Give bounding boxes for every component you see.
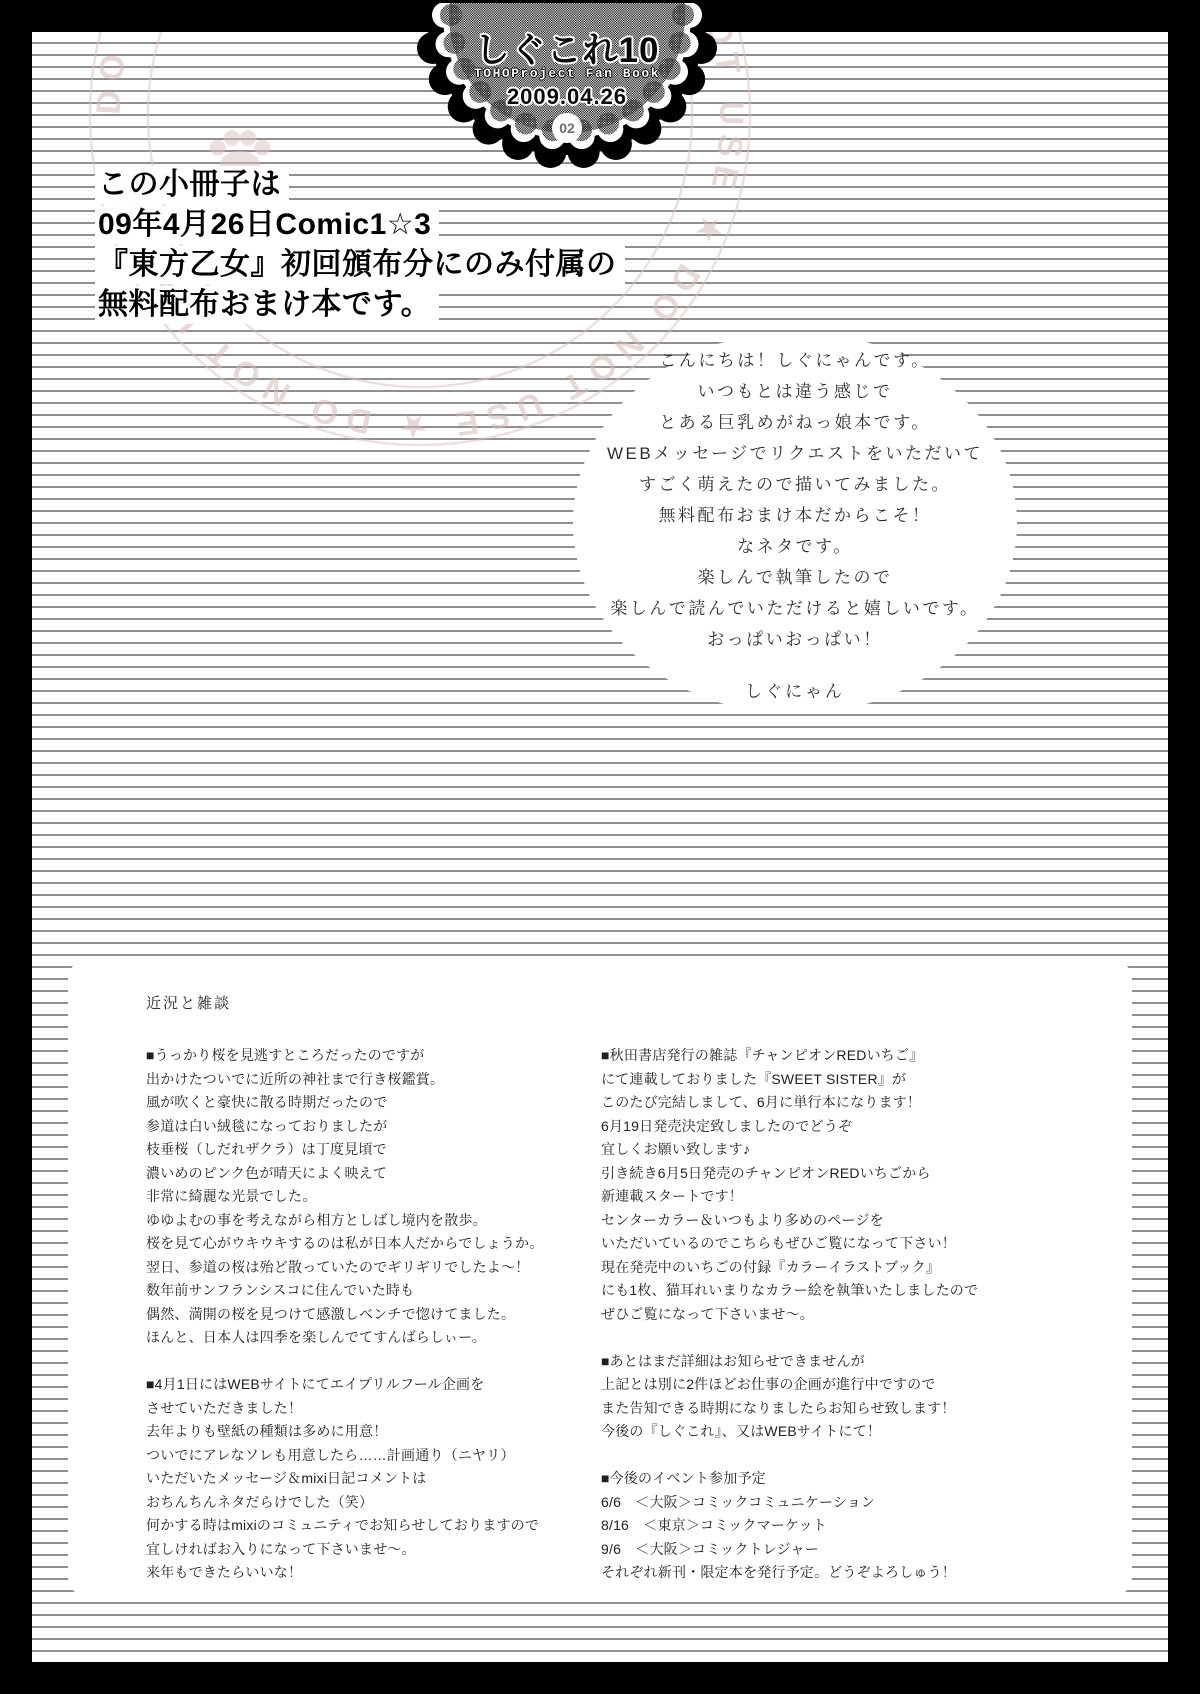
news-line: にて連載しておりました『SWEET SISTER』が [601,1068,1101,1092]
news-line: ■あとはまだ詳細はお知らせできませんが [601,1350,1101,1374]
distribution-notice: この小冊子は09年4月26日Comic1☆3『東方乙女』初回頒布分にのみ付属の無… [95,166,625,326]
news-line: ■今後のイベント参加予定 [601,1467,1101,1491]
news-paragraph: ■あとはまだ詳細はお知らせできませんが上記とは別に2件ほどお仕事の企画が進行中で… [601,1350,1101,1444]
news-line: にも1枚、猫耳れいまりなカラー絵を執筆いたしましたので [601,1279,1101,1303]
greeting-lines: こんにちは！しぐにゃんです。いつもとは違う感じでとある巨乳めがねっ娘本です。WE… [607,345,983,655]
news-line: ■うっかり桜を見逃すところだったのですが [146,1044,636,1068]
news-line: 8/16 ＜東京＞コミックマーケット [601,1514,1101,1538]
greeting-line: すごく萌えたので描いてみました。 [607,469,983,500]
news-line: 出かけたついでに近所の神社まで行き桜鑑賞。 [146,1068,636,1092]
page-number-badge: 02 [552,113,582,143]
greeting-bubble: こんにちは！しぐにゃんです。いつもとは違う感じでとある巨乳めがねっ娘本です。WE… [573,332,1017,714]
greeting-line: おっぱいおっぱい！ [607,624,983,655]
news-line: それぞれ新刊・限定本を発行予定。どうぞよろしゅう！ [601,1561,1101,1585]
news-line: 6/6 ＜大阪＞コミックコミュニケーション [601,1491,1101,1515]
greeting-line: とある巨乳めがねっ娘本です。 [607,407,983,438]
news-line: ■4月1日にはWEBサイトにてエイプリルフール企画を [146,1373,636,1397]
greeting-line: 楽しんで執筆したので [607,562,983,593]
notice-line: この小冊子は [95,166,289,204]
news-line: 引き続き6月5日発売のチャンピオンREDいちごから [601,1162,1101,1186]
news-line: 去年よりも壁紙の種類は多めに用意！ [146,1420,636,1444]
news-line: 新連載スタートです！ [601,1185,1101,1209]
news-line: いただいているのでこちらもぜひご覧になって下さい！ [601,1232,1101,1256]
news-line: ほんと、日本人は四季を楽しんでてすんばらしぃー。 [146,1326,636,1350]
news-line: 桜を見て心がウキウキするのは私が日本人だからでしょうか。 [146,1232,636,1256]
badge-subtitle: TOHOProject Fan Book [412,66,722,81]
news-line: ■秋田書店発行の雑誌『チャンピオンREDいちご』 [601,1044,1101,1068]
news-line: センターカラー＆いつもより多めのページを [601,1209,1101,1233]
doujinshi-page: DO NOT USE ★ DO NOT USE ★ DO NOT USE ★ D… [0,0,1200,1694]
greeting-line: なネタです。 [607,531,983,562]
greeting-line: 楽しんで読んでいただけると嬉しいです。 [607,593,983,624]
news-line: 参道は白い絨毯になっておりましたが [146,1115,636,1139]
news-paragraph: ■今後のイベント参加予定6/6 ＜大阪＞コミックコミュニケーション8/16 ＜東… [601,1467,1101,1585]
news-line: 現在発売中のいちごの付録『カラーイラストブック』 [601,1256,1101,1280]
news-line: このたび完結しまして、6月に単行本になります！ [601,1091,1101,1115]
news-line: 9/6 ＜大阪＞コミックトレジャー [601,1538,1101,1562]
news-paragraph: ■うっかり桜を見逃すところだったのですが出かけたついでに近所の神社まで行き桜鑑賞… [146,1044,636,1350]
news-paragraph: ■秋田書店発行の雑誌『チャンピオンREDいちご』にて連載しておりました『SWEE… [601,1044,1101,1326]
news-line: 何かする時はmixiのコミュニティでお知らせしておりますので [146,1514,636,1538]
news-line: いただいたメッセージ＆mixi日記コメントは [146,1467,636,1491]
greeting-line: こんにちは！しぐにゃんです。 [607,345,983,376]
notice-line: 09年4月26日Comic1☆3 [95,206,439,244]
news-line: 6月19日発売決定致しましたのでどうぞ [601,1115,1101,1139]
news-line: 濃いめのピンク色が晴天によく映えて [146,1162,636,1186]
notice-line: 無料配布おまけ本です。 [95,286,439,324]
news-line: 上記とは別に2件ほどお仕事の企画が進行中ですので [601,1373,1101,1397]
greeting-line: WEBメッセージでリクエストをいただいて [607,438,983,469]
news-title: 近況と雑談 [146,992,231,1013]
news-line: させていただきました！ [146,1397,636,1421]
news-line: 来年もできたらいいな！ [146,1561,636,1585]
greeting-signature: しぐにゃん [745,677,845,702]
doily-badge: しぐこれ10 TOHOProject Fan Book 2009.04.26 0… [412,3,722,189]
notice-line: 『東方乙女』初回頒布分にのみ付属の [95,246,625,284]
greeting-line: 無料配布おまけ本だからこそ！ [607,500,983,531]
news-right-column: ■秋田書店発行の雑誌『チャンピオンREDいちご』にて連載しておりました『SWEE… [601,1044,1101,1585]
news-line: 非常に綺麗な光景でした。 [146,1185,636,1209]
news-line: 宜しくお願い致します♪ [601,1138,1101,1162]
news-line: また告知できる時期になりましたらお知らせ致します！ [601,1397,1101,1421]
news-line: 枝垂桜（しだれザクラ）は丁度見頃で [146,1138,636,1162]
striped-background: DO NOT USE ★ DO NOT USE ★ DO NOT USE ★ D… [32,32,1168,1662]
news-line: ぜひご覧になって下さいませ～。 [601,1303,1101,1327]
greeting-line: いつもとは違う感じで [607,376,983,407]
news-line: ついでにアレなソレも用意したら……計画通り（ニヤリ） [146,1444,636,1468]
news-line: 翌日、参道の桜は殆ど散っていたのでギリギリでしたよ～！ [146,1256,636,1280]
news-line: 偶然、満開の桜を見つけて感激しベンチで惚けてました。 [146,1303,636,1327]
news-line: ゆゆよむの事を考えながら相方としばし境内を散歩。 [146,1209,636,1233]
news-line: 宜しければお入りになって下さいませ～。 [146,1538,636,1562]
news-box: 近況と雑談 ■うっかり桜を見逃すところだったのですが出かけたついでに近所の神社ま… [68,958,1132,1598]
news-left-column: ■うっかり桜を見逃すところだったのですが出かけたついでに近所の神社まで行き桜鑑賞… [146,1044,636,1585]
news-line: 今後の『しぐこれ』、又はWEBサイトにて！ [601,1420,1101,1444]
badge-date: 2009.04.26 [412,84,722,110]
news-line: おちんちんネタだらけでした（笑） [146,1491,636,1515]
news-line: 風が吹くと豪快に散る時期だったので [146,1091,636,1115]
news-line: 数年前サンフランシスコに住んでいた時も [146,1279,636,1303]
news-paragraph: ■4月1日にはWEBサイトにてエイプリルフール企画をさせていただきました！去年よ… [146,1373,636,1585]
